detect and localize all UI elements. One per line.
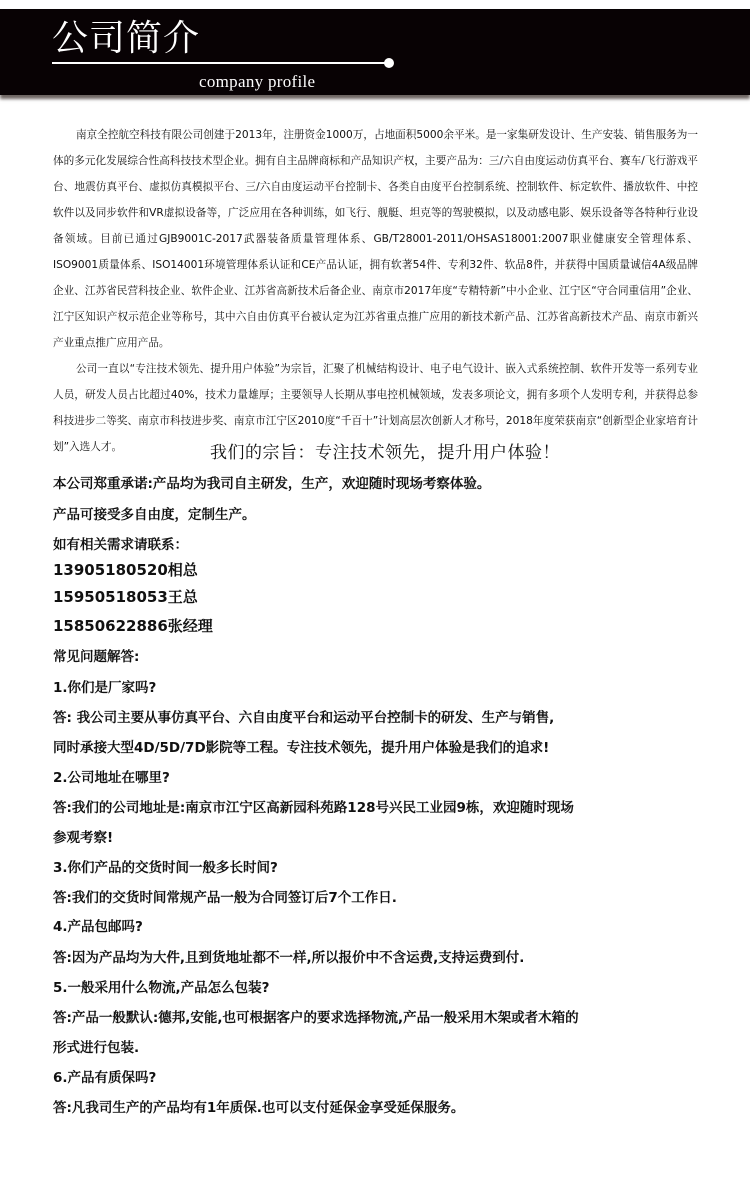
company-intro: 南京全控航空科技有限公司创建于2013年，注册资金1000万，占地面积5000余… <box>53 122 698 460</box>
faq-question: 5.一般采用什么物流,产品怎么包装? <box>53 976 269 996</box>
faq-answer: 同时承接大型4D/5D/7D影院等工程。专注技术领先，提升用户体验是我们的追求! <box>53 736 549 756</box>
banner-divider-line <box>52 62 392 64</box>
faq-answer: 参观考察! <box>53 826 113 846</box>
banner-dot-icon <box>384 58 394 68</box>
faq-question: 6.产品有质保吗? <box>53 1066 156 1086</box>
contact-phone: 15950518053王总 <box>53 586 198 607</box>
faq-answer: 答:产品一般默认:德邦,安能,也可根据客户的要求选择物流,产品一般采用木架或者木… <box>53 1006 579 1026</box>
faq-answer: 答:因为产品均为大件,且到货地址都不一样,所以报价中不含运费,支持运费到付. <box>53 946 524 966</box>
motto-heading: 我们的宗旨：专注技术领先，提升用户体验！ <box>0 438 750 463</box>
header-banner: 公司简介 company profile <box>0 9 750 95</box>
banner-title: 公司简介 <box>52 21 200 57</box>
contact-phone: 15850622886张经理 <box>53 615 213 636</box>
faq-answer: 形式进行包装. <box>53 1036 139 1056</box>
faq-answer: 答:我们的公司地址是:南京市江宁区高新园科苑路128号兴民工业园9栋，欢迎随时现… <box>53 796 574 816</box>
intro-paragraph-1: 南京全控航空科技有限公司创建于2013年，注册资金1000万，占地面积5000余… <box>53 122 698 356</box>
contact-heading: 如有相关需求请联系： <box>53 533 188 553</box>
faq-answer: 答: 我公司主要从事仿真平台、六自由度平台和运动平台控制卡的研发、生产与销售, <box>53 706 554 726</box>
faq-question: 1.你们是厂家吗? <box>53 676 156 696</box>
faq-answer: 答:我们的交货时间常规产品一般为合同签订后7个工作日. <box>53 886 397 906</box>
faq-heading: 常见问题解答: <box>53 645 139 665</box>
contact-phone: 13905180520相总 <box>53 559 198 580</box>
faq-question: 3.你们产品的交货时间一般多长时间? <box>53 856 278 876</box>
promise-line: 本公司郑重承诺:产品均为我司自主研发，生产，欢迎随时现场考察体验。 <box>53 472 490 492</box>
faq-answer: 答:凡我司生产的产品均有1年质保.也可以支付延保金享受延保服务。 <box>53 1096 464 1116</box>
faq-question: 2.公司地址在哪里? <box>53 766 170 786</box>
faq-question: 4.产品包邮吗? <box>53 915 143 935</box>
banner-subtitle: company profile <box>199 72 315 92</box>
promise-line: 产品可接受多自由度，定制生产。 <box>53 503 256 523</box>
